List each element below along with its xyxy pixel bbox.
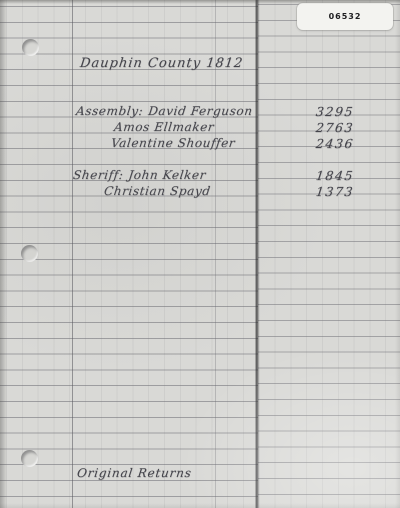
catalog-sticker: 06532 bbox=[297, 3, 393, 30]
candidate-name: Valentine Shouffer bbox=[110, 136, 236, 150]
entry-row: Amos Ellmaker 2763 bbox=[0, 120, 400, 136]
vote-count: 2436 bbox=[311, 136, 359, 151]
office-label: Sheriff: bbox=[72, 168, 124, 182]
entry-row: Valentine Shouffer 2436 bbox=[0, 136, 400, 152]
candidate-name: John Kelker bbox=[128, 168, 207, 182]
entry-row: Christian Spayd 1373 bbox=[0, 184, 400, 200]
footer-note: Original Returns bbox=[76, 466, 192, 480]
photocopy-shading bbox=[0, 0, 400, 508]
vote-count: 1845 bbox=[311, 168, 359, 183]
candidate-name: David Ferguson bbox=[147, 104, 253, 118]
entry-text: Sheriff:John Kelker bbox=[72, 168, 207, 182]
entry-text: Assembly:David Ferguson bbox=[75, 104, 253, 118]
entry-row: Sheriff:John Kelker 1845 bbox=[0, 168, 400, 184]
hole-punch-top bbox=[22, 39, 39, 56]
footer-note-row: Original Returns bbox=[0, 466, 400, 482]
scanned-notebook-page: 06532 Dauphin County 1812 Assembly:David… bbox=[0, 0, 400, 508]
secondary-rule-line bbox=[215, 0, 216, 508]
margin-rule-line bbox=[72, 0, 73, 508]
vote-count: 3295 bbox=[311, 104, 359, 119]
office-label: Assembly: bbox=[75, 104, 144, 118]
hole-punch-bottom bbox=[21, 450, 38, 467]
vote-count: 2763 bbox=[311, 120, 359, 135]
ruled-lines-right bbox=[258, 4, 400, 508]
faint-vertical-grid bbox=[6, 0, 400, 508]
catalog-number: 06532 bbox=[329, 12, 362, 21]
vote-count: 1373 bbox=[311, 184, 359, 199]
hole-punch-middle bbox=[21, 245, 38, 262]
ruled-lines-left bbox=[0, 6, 258, 508]
page-title: Dauphin County 1812 bbox=[79, 56, 244, 71]
page-fold-line bbox=[255, 0, 259, 508]
entry-row: Assembly:David Ferguson 3295 bbox=[0, 104, 400, 120]
page-title-row: Dauphin County 1812 bbox=[0, 56, 400, 72]
candidate-name: Christian Spayd bbox=[103, 184, 211, 198]
candidate-name: Amos Ellmaker bbox=[113, 120, 215, 134]
